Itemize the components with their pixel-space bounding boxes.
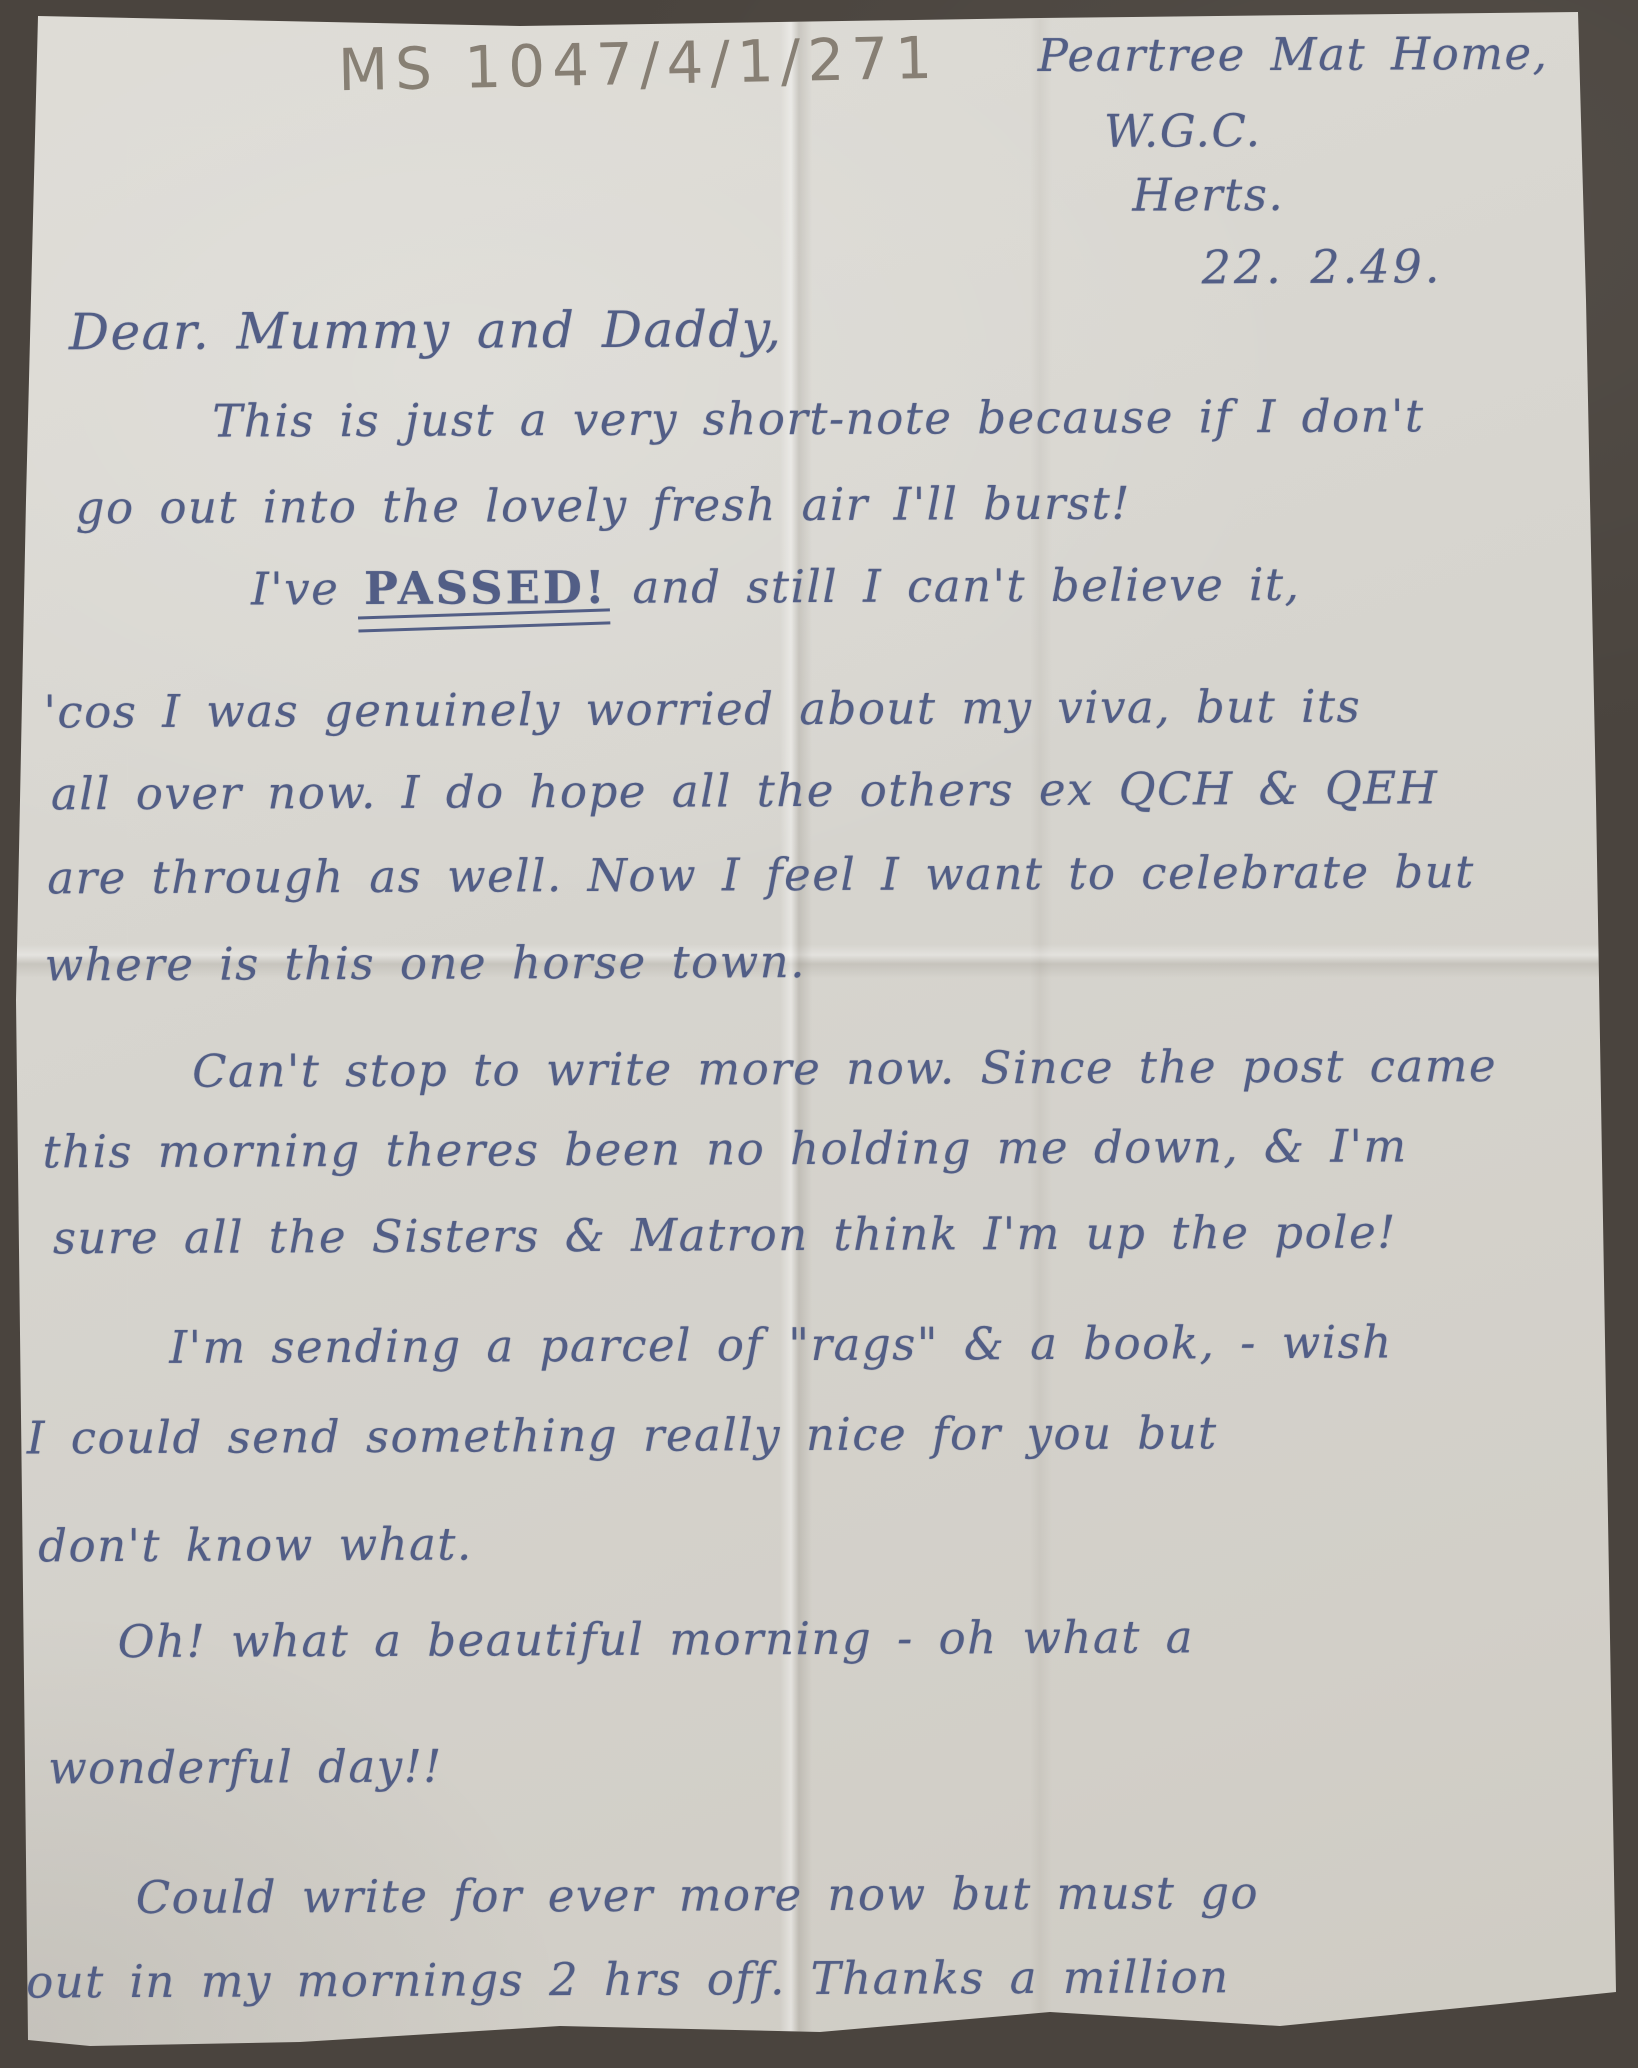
ink-layer: Peartree Mat Home,W.G.C.Herts. 22. 2.49.… — [0, 0, 1638, 2068]
letter-line: all over now. I do hope all the others e… — [51, 761, 1439, 820]
letter-body: This is just a very short-note because i… — [0, 0, 1633, 4]
letter-line: wonderful day!! — [48, 1740, 443, 1795]
letter-line: go out into the lovely fresh air I'll bu… — [76, 477, 1131, 535]
letter-line: I could send something really nice for y… — [27, 1406, 1218, 1464]
photo-background: MS 1047/4/1/271 Peartree Mat Home,W.G.C.… — [0, 0, 1638, 2068]
letter-text: I've — [251, 562, 364, 615]
letter-line: I'm sending a parcel of "rags" & a book,… — [169, 1316, 1393, 1374]
letter-line: Can't stop to write more now. Since the … — [192, 1039, 1497, 1098]
letter-line: This is just a very short-note because i… — [212, 389, 1424, 447]
letter-line: where is this one horse town. — [45, 935, 807, 991]
address-line: Peartree Mat Home, — [1038, 27, 1549, 82]
address-line: W.G.C. — [1104, 104, 1262, 158]
address-line: Herts. — [1132, 168, 1284, 222]
salutation: Dear. Mummy and Daddy, — [69, 300, 783, 361]
letter-line: this morning theres been no holding me d… — [42, 1119, 1407, 1178]
letter-text: and still I can't believe it, — [608, 558, 1301, 614]
letter-line: are through as well. Now I feel I want t… — [47, 845, 1475, 904]
letter-line: 'cos I was genuinely worried about my vi… — [43, 680, 1361, 739]
address-block: Peartree Mat Home,W.G.C.Herts. — [0, 0, 1633, 4]
letter-line: out in my mornings 2 hrs off. Thanks a m… — [26, 1950, 1230, 2008]
letter-line: Oh! what a beautiful morning - oh what a — [118, 1610, 1195, 1668]
letter-line: Could write for ever more now but must g… — [136, 1866, 1260, 1924]
letter-line: I've PASSED! and still I can't believe i… — [251, 558, 1301, 616]
emphasized-word: PASSED! — [364, 561, 608, 615]
letter-line: sure all the Sisters & Matron think I'm … — [53, 1205, 1397, 1264]
date-line: 22. 2.49. — [1202, 239, 1443, 294]
letter-paper: MS 1047/4/1/271 Peartree Mat Home,W.G.C.… — [0, 0, 1638, 2068]
letter-line: don't know what. — [38, 1518, 473, 1573]
